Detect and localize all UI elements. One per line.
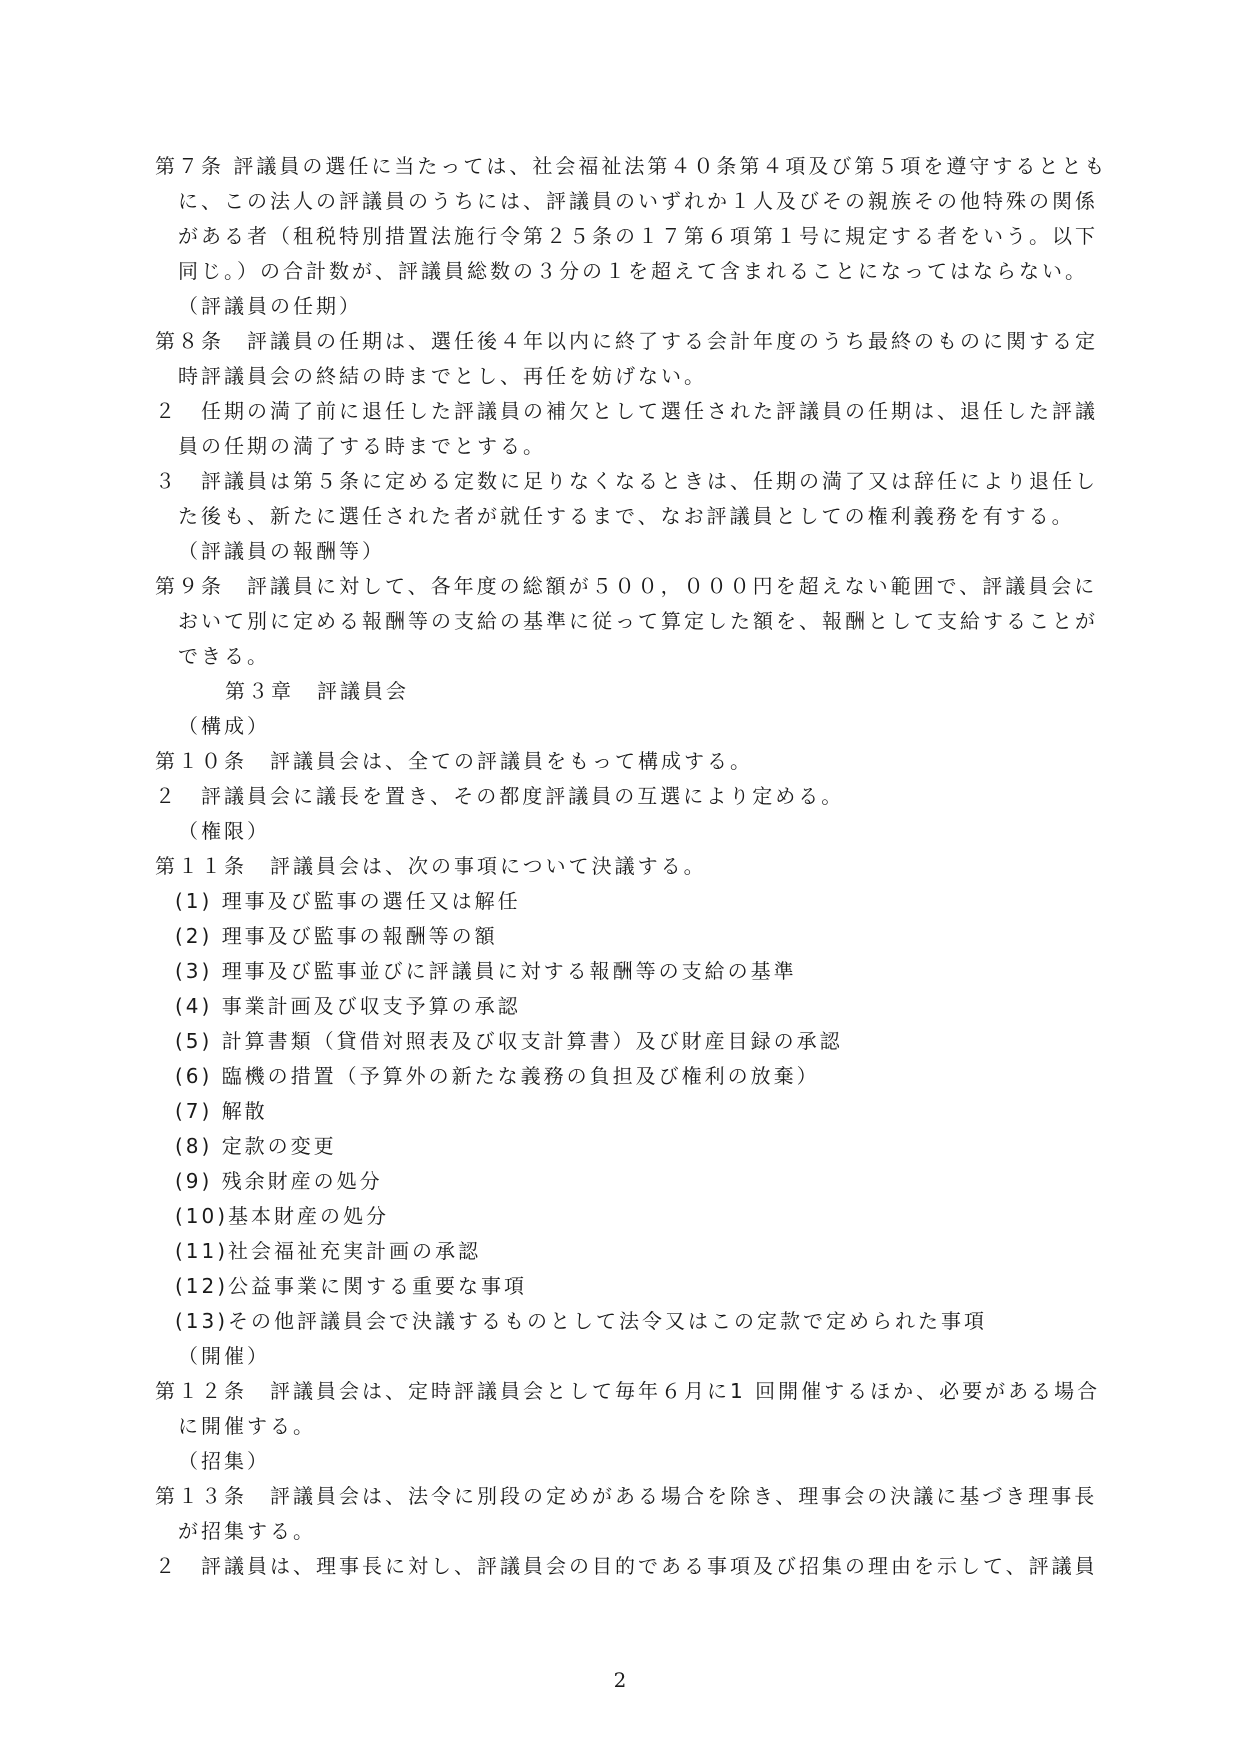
caption-meeting: （開催） [178,1339,270,1374]
article-11-item-3: (3) 理事及び監事並びに評議員に対する報酬等の支給の基準 [175,954,797,989]
article-11-item-6: (6) 臨機の措置（予算外の新たな義務の負担及び権利の放棄） [175,1059,820,1094]
article-11-item-7: (7) 解散 [175,1094,268,1129]
document-page: 第７条 評議員の選任に当たっては、社会福祉法第４０条第４項及び第５項を遵守すると… [0,0,1240,1754]
article-9-line-3: できる。 [178,639,270,674]
article-9-line-2: おいて別に定める報酬等の支給の基準に従って算定した額を、報酬として支給することが [178,604,1098,639]
article-7-line-1: 第７条 評議員の選任に当たっては、社会福祉法第４０条第４項及び第５項を遵守すると… [155,149,1107,184]
article-10-line-1: 第１０条 評議員会は、全ての評議員をもって構成する。 [155,744,753,779]
article-11-item-11: (11)社会福祉充実計画の承認 [175,1234,481,1269]
article-8-line-2: 時評議員会の終結の時までとし、再任を妨げない。 [178,359,707,394]
article-13-para-2-line-1: ２ 評議員は、理事長に対し、評議員会の目的である事項及び招集の理由を示して、評議… [155,1549,1098,1584]
article-8-para-2-line-1: ２ 任期の満了前に退任した評議員の補欠として選任された評議員の任期は、退任した評… [155,394,1098,429]
caption-term: （評議員の任期） [178,289,362,324]
caption-convocation: （招集） [178,1444,270,1479]
article-11-item-8: (8) 定款の変更 [175,1129,337,1164]
article-7-line-2: に、この法人の評議員のうちには、評議員のいずれか１人及びその親族その他特殊の関係 [178,184,1098,219]
article-8-para-3-line-2: た後も、新たに選任された者が就任するまで、なお評議員としての権利義務を有する。 [178,499,1075,534]
article-11-item-13: (13)その他評議員会で決議するものとして法令又はこの定款で定められた事項 [175,1304,987,1339]
article-11-item-12: (12)公益事業に関する重要な事項 [175,1269,527,1304]
article-9-line-1: 第９条 評議員に対して、各年度の総額が５００，０００円を超えない範囲で、評議員会… [155,569,1097,604]
article-11-item-10: (10)基本財産の処分 [175,1199,389,1234]
article-8-para-2-line-2: 員の任期の満了する時までとする。 [178,429,546,464]
article-11-line-1: 第１１条 評議員会は、次の事項について決議する。 [155,849,707,884]
page-number: 2 [0,1668,1240,1692]
article-11-item-1: (1) 理事及び監事の選任又は解任 [175,884,521,919]
article-13-line-2: が招集する。 [178,1514,316,1549]
article-13-line-1: 第１３条 評議員会は、法令に別段の定めがある場合を除き、理事会の決議に基づき理事… [155,1479,1097,1514]
article-12-line-1: 第１２条 評議員会は、定時評議員会として毎年６月に1 回開催するほか、必要がある… [155,1374,1100,1409]
article-11-item-5: (5) 計算書類（貸借対照表及び収支計算書）及び財産目録の承認 [175,1024,843,1059]
article-8-para-3-line-1: ３ 評議員は第５条に定める定数に足りなくなるときは、任期の満了又は辞任により退任… [155,464,1098,499]
article-10-para-2: ２ 評議員会に議長を置き、その都度評議員の互選により定める。 [155,779,844,814]
article-7-line-3: がある者（租税特別措置法施行令第２５条の１７第６項第１号に規定する者をいう。以下 [178,219,1098,254]
caption-authority: （権限） [178,814,270,849]
article-7-line-4: 同じ。）の合計数が、評議員総数の３分の１を超えて含まれることになってはならない。 [178,254,1088,289]
article-12-line-2: に開催する。 [178,1409,316,1444]
chapter-3-heading: 第３章 評議員会 [225,674,409,709]
article-11-item-9: (9) 残余財産の処分 [175,1164,383,1199]
caption-remuneration: （評議員の報酬等） [178,534,385,569]
caption-composition: （構成） [178,709,270,744]
article-11-item-4: (4) 事業計画及び収支予算の承認 [175,989,521,1024]
article-11-item-2: (2) 理事及び監事の報酬等の額 [175,919,498,954]
article-8-line-1: 第８条 評議員の任期は、選任後４年以内に終了する会計年度のうち最終のものに関する… [155,324,1098,359]
